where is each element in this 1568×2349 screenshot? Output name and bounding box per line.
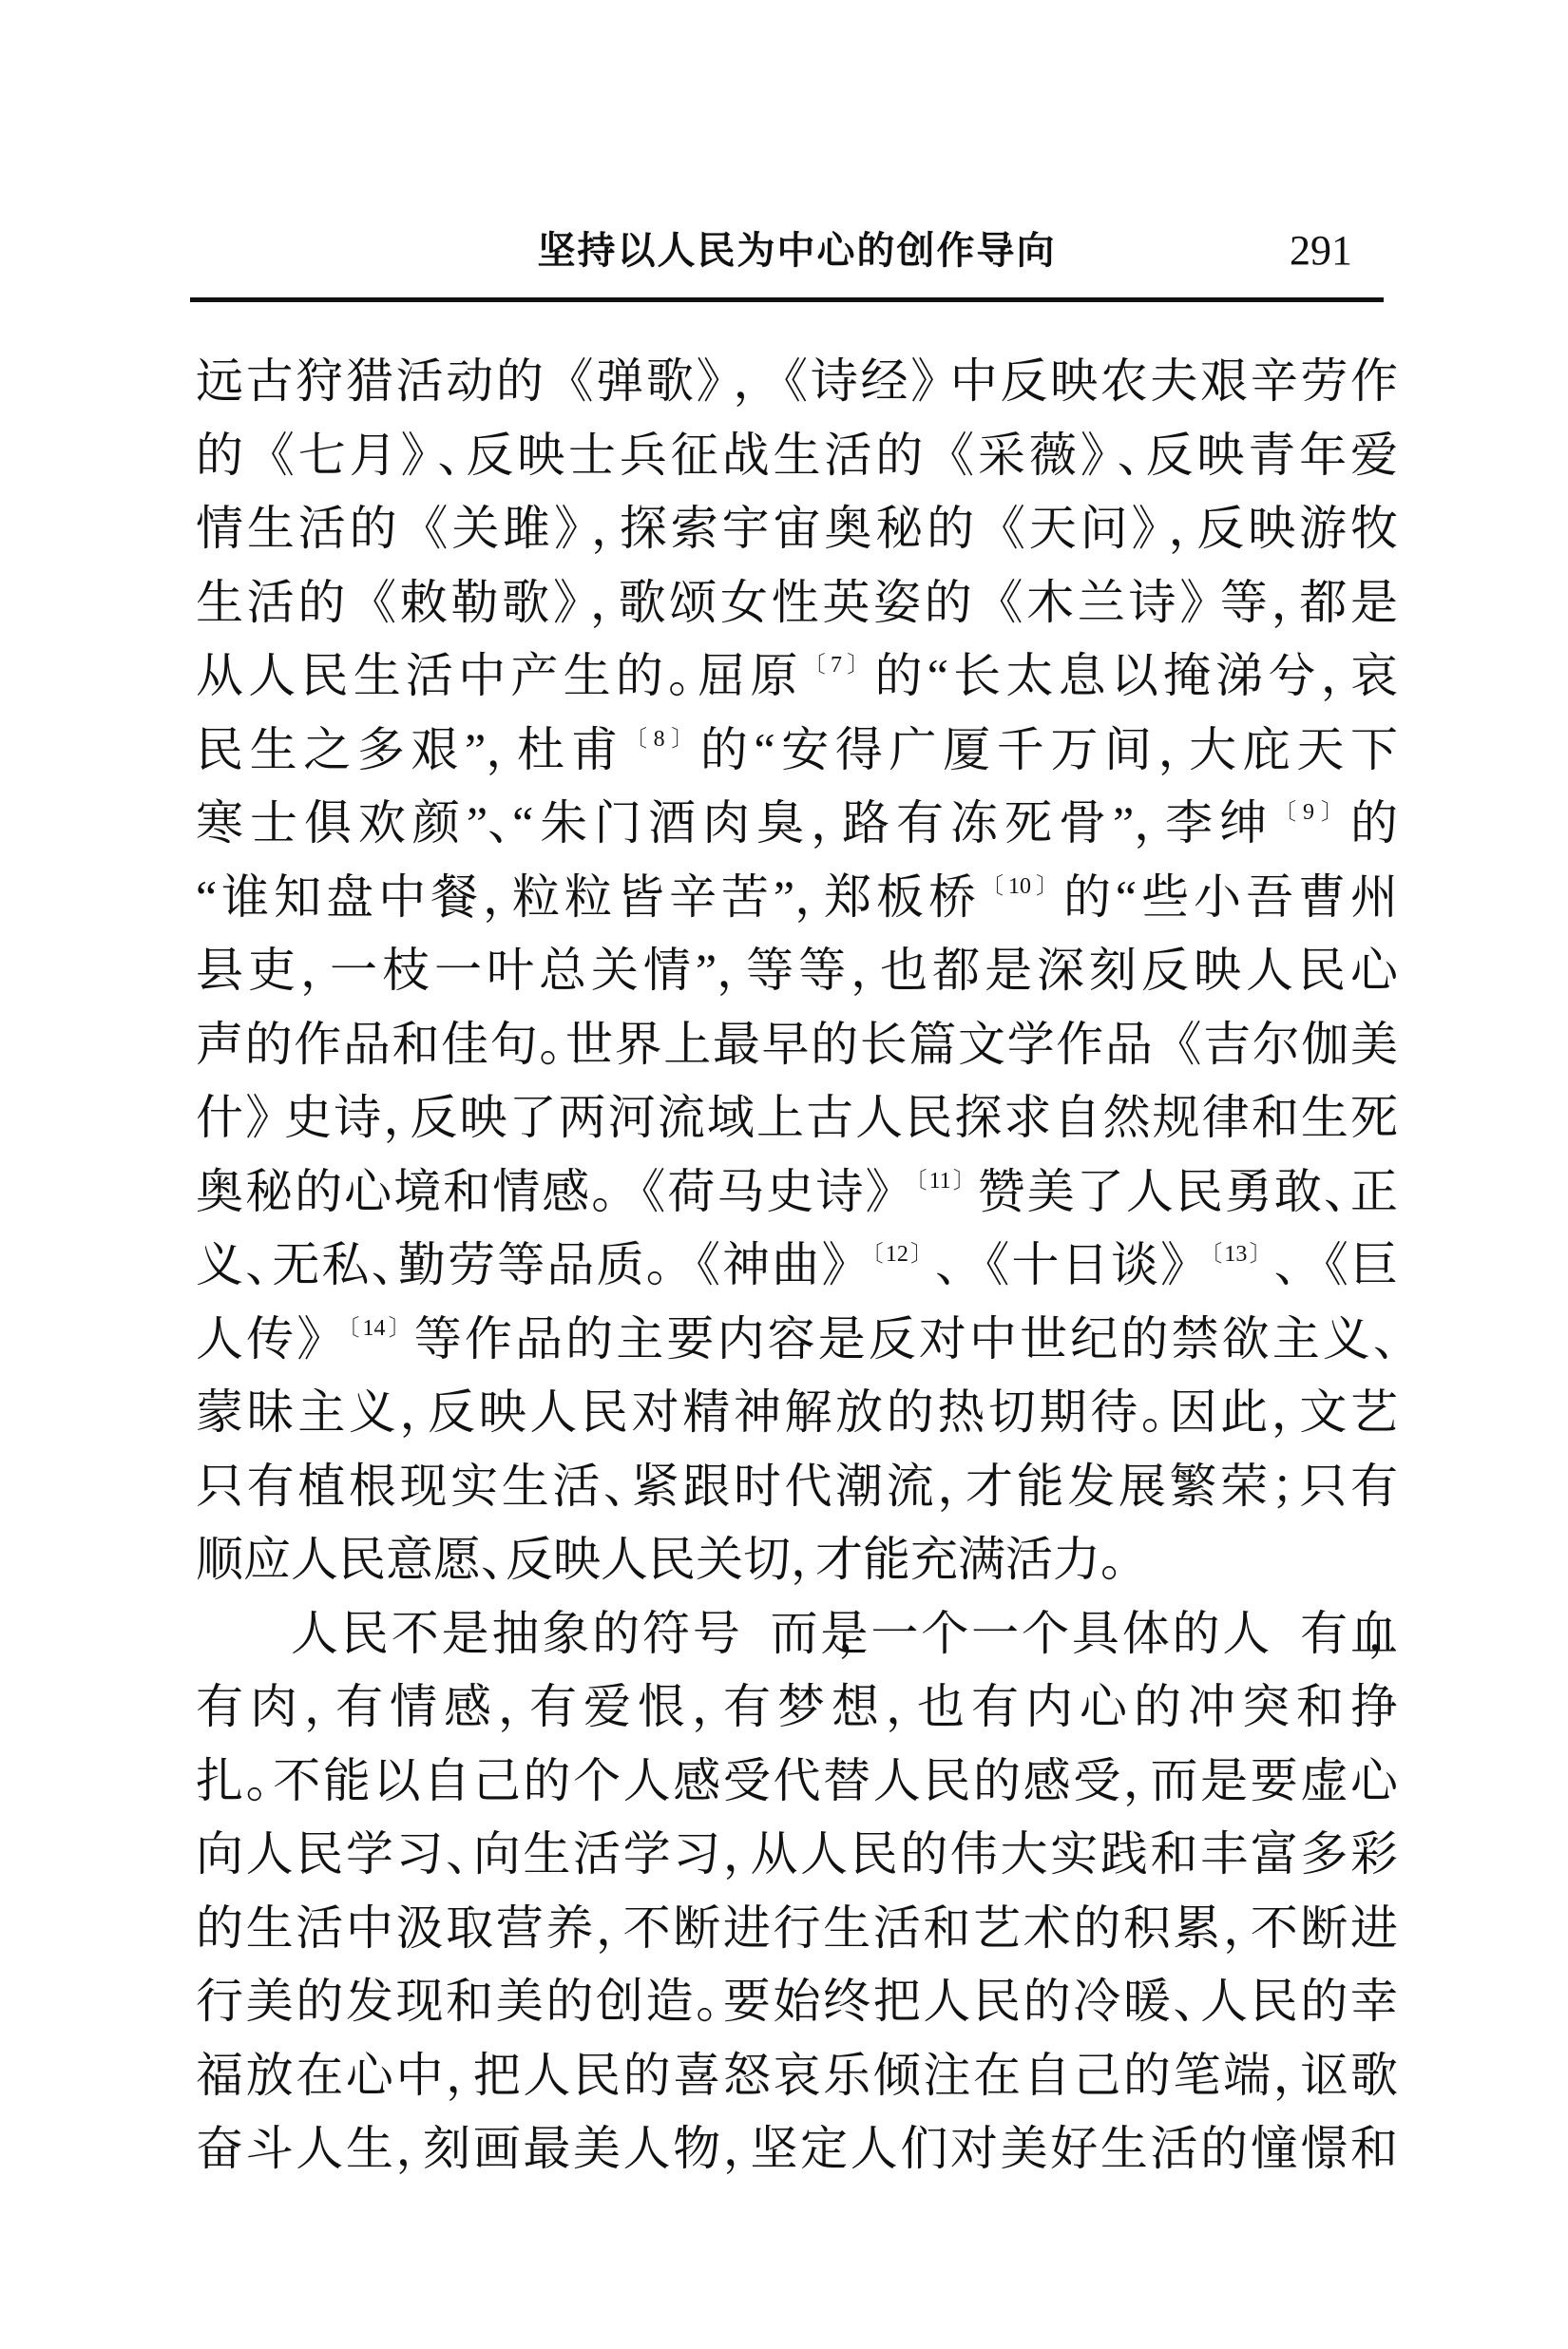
footnote-ref: 〔11〕 [903, 1169, 978, 1194]
punctuation: ， [1169, 492, 1194, 566]
text-line: 向人民学习、向生活学习，从人民的伟大实践和丰富多彩 [196, 1818, 1398, 1892]
page-number: 291 [1290, 221, 1352, 280]
text-line: 生活的《敕勒歌》，歌颂女性英姿的《木兰诗》等，都是 [196, 566, 1398, 640]
punctuation: ， [486, 714, 510, 788]
punctuation: ， [446, 2039, 470, 2113]
footnote-ref: 〔9〕 [1273, 800, 1350, 825]
punctuation: ， [590, 566, 615, 640]
footnote-ref: 〔8〕 [624, 727, 700, 752]
text-line: 蒙昧主义，反映人民对精神解放的热切期待。因此，文艺 [196, 1376, 1398, 1450]
text-line: 寒士俱欢颜”、“朱门酒肉臭，路有冻死骨”，李绅〔9〕的 [196, 787, 1398, 861]
text-line: 义、无私、勤劳等品质。《神曲》〔12〕、《十日谈》〔13〕、《巨 [196, 1229, 1398, 1303]
text-line: 奥秘的心境和情感。《荷马史诗》〔11〕赞美了人民勇敢、正 [196, 1155, 1398, 1230]
punctuation: ， [851, 934, 875, 1008]
punctuation: ； [1272, 1450, 1296, 1524]
punctuation: ， [1134, 787, 1158, 861]
punctuation: 、 [935, 1229, 960, 1303]
punctuation: ， [304, 1671, 329, 1745]
footnote-ref: 〔13〕 [1197, 1242, 1274, 1267]
punctuation: 。 [246, 1745, 271, 1819]
punctuation: 》 [1080, 419, 1118, 493]
punctuation: 、 [1118, 419, 1142, 493]
punctuation: 、 [446, 1818, 470, 1892]
text-line: 什》史诗，反映了两河流域上古人民探求自然规律和生死 [196, 1081, 1398, 1155]
punctuation: ， [383, 1081, 408, 1155]
punctuation: 》 [697, 345, 734, 419]
punctuation: ， [596, 1892, 621, 1966]
footnote-ref: 〔14〕 [334, 1316, 413, 1341]
punctuation: 、 [488, 787, 512, 861]
punctuation: ， [1272, 1597, 1297, 1671]
punctuation: 》 [553, 566, 590, 640]
punctuation: ， [1123, 1745, 1148, 1819]
punctuation: 、 [1174, 1965, 1198, 2039]
punctuation: 》 [910, 345, 947, 419]
punctuation: 、 [437, 419, 462, 493]
punctuation: ， [1223, 1892, 1248, 1966]
text-line: 的生活中汲取营养，不断进行生活和艺术的积累，不断进 [196, 1892, 1398, 1966]
punctuation: 》 [1160, 1229, 1197, 1303]
punctuation: 、 [245, 1229, 270, 1303]
punctuation: 、 [603, 1450, 628, 1524]
punctuation: 》 [400, 419, 437, 493]
body-text: 远古狩猎活动的《弹歌》，《诗经》中反映农夫艰辛劳作的《七月》、反映士兵征战生活的… [196, 345, 1398, 2187]
text-line: 扎。不能以自己的个人感受代替人民的感受，而是要虚心 [196, 1745, 1398, 1819]
punctuation: ， [498, 1671, 523, 1745]
punctuation: ， [723, 1818, 748, 1892]
punctuation: ， [791, 1523, 815, 1597]
punctuation: 。 [591, 1155, 616, 1230]
text-line: 顺应人民意愿、反映人民关切，才能充满活力。 [196, 1523, 1398, 1597]
text-line: 的《七月》、反映士兵征战生活的《采薇》、反映青年爱 [196, 419, 1398, 493]
punctuation: 》 [821, 1229, 858, 1303]
punctuation: 。 [668, 640, 693, 714]
punctuation: ， [723, 2112, 748, 2187]
punctuation: ， [1321, 640, 1346, 714]
punctuation: ， [937, 1450, 962, 1524]
punctuation: ， [396, 2112, 421, 2187]
punctuation: ， [734, 345, 758, 419]
punctuation: 》 [554, 492, 591, 566]
punctuation: 、 [1274, 1229, 1299, 1303]
chapter-title: 坚持以人民为中心的创作导向 [196, 221, 1398, 280]
punctuation: 》 [1132, 492, 1169, 566]
punctuation: 、 [1324, 1155, 1348, 1230]
text-line: 奋斗人生，刻画最美人物，坚定人们对美好生活的憧憬和 [196, 2112, 1398, 2187]
punctuation: ， [591, 492, 616, 566]
running-header: 坚持以人民为中心的创作导向 291 [196, 221, 1398, 280]
punctuation: 。 [646, 1229, 671, 1303]
text-line: 行美的发现和美的创造。要始终把人民的冷暖、人民的幸 [196, 1965, 1398, 2039]
punctuation: 》 [296, 1303, 334, 1377]
punctuation: ， [794, 861, 819, 935]
punctuation: 、 [1373, 1303, 1398, 1377]
punctuation: ， [483, 861, 507, 935]
punctuation: 》 [1179, 566, 1216, 640]
punctuation: ， [1272, 1376, 1296, 1450]
punctuation: 、 [372, 1229, 396, 1303]
punctuation: ， [743, 1597, 768, 1671]
text-line: 人传》〔14〕等作品的主要内容是反对中世纪的禁欲主义、 [196, 1303, 1398, 1377]
punctuation: 。 [1141, 1376, 1166, 1450]
text-line: 福放在心中，把人民的喜怒哀乐倾注在自己的笔端，讴歌 [196, 2039, 1398, 2113]
punctuation: ， [811, 787, 835, 861]
punctuation: 。 [1100, 1523, 1125, 1597]
footnote-ref: 〔7〕 [803, 653, 875, 678]
punctuation: ， [886, 1671, 910, 1745]
text-line: “谁知盘中餐，粒粒皆辛苦”，郑板桥〔10〕的“些小吾曹州 [196, 861, 1398, 935]
header-rule [190, 297, 1384, 302]
text-line: 情生活的《关雎》，探索宇宙奥秘的《天问》，反映游牧 [196, 492, 1398, 566]
text-line: 人民不是抽象的符号，而是一个一个具体的人，有血 [196, 1597, 1398, 1671]
text-line: 县吏，一枝一叶总关情”，等等，也都是深刻反映人民心 [196, 934, 1398, 1008]
punctuation: ， [1158, 714, 1183, 788]
book-page: 坚持以人民为中心的创作导向 291 远古狩猎活动的《弹歌》，《诗经》中反映农夫艰… [0, 0, 1568, 2349]
punctuation: ， [717, 934, 741, 1008]
text-line: 声的作品和佳句。世界上最早的长篇文学作品《吉尔伽美 [196, 1008, 1398, 1082]
punctuation: 。 [696, 1965, 720, 2039]
text-line: 只有植根现实生活、紧跟时代潮流，才能发展繁荣；只有 [196, 1450, 1398, 1524]
text-line: 有肉，有情感，有爱恨，有梦想，也有内心的冲突和挣 [196, 1671, 1398, 1745]
punctuation: ， [1272, 566, 1296, 640]
punctuation: 、 [481, 1523, 506, 1597]
footnote-ref: 〔10〕 [981, 874, 1063, 899]
punctuation: ， [692, 1671, 717, 1745]
text-line: 远古狩猎活动的《弹歌》，《诗经》中反映农夫艰辛劳作 [196, 345, 1398, 419]
punctuation: 。 [539, 1008, 564, 1082]
punctuation: 》 [245, 1081, 282, 1155]
punctuation: ， [400, 1376, 425, 1450]
text-line: 从人民生活中产生的。屈原〔7〕的“长太息以掩涕兮，哀 [196, 640, 1398, 714]
punctuation: ， [300, 934, 325, 1008]
footnote-ref: 〔12〕 [858, 1242, 935, 1267]
text-line: 民生之多艰”，杜甫〔8〕的“安得广厦千万间，大庇天下 [196, 714, 1398, 788]
punctuation: 》 [866, 1155, 903, 1230]
punctuation: ， [1273, 2039, 1298, 2113]
